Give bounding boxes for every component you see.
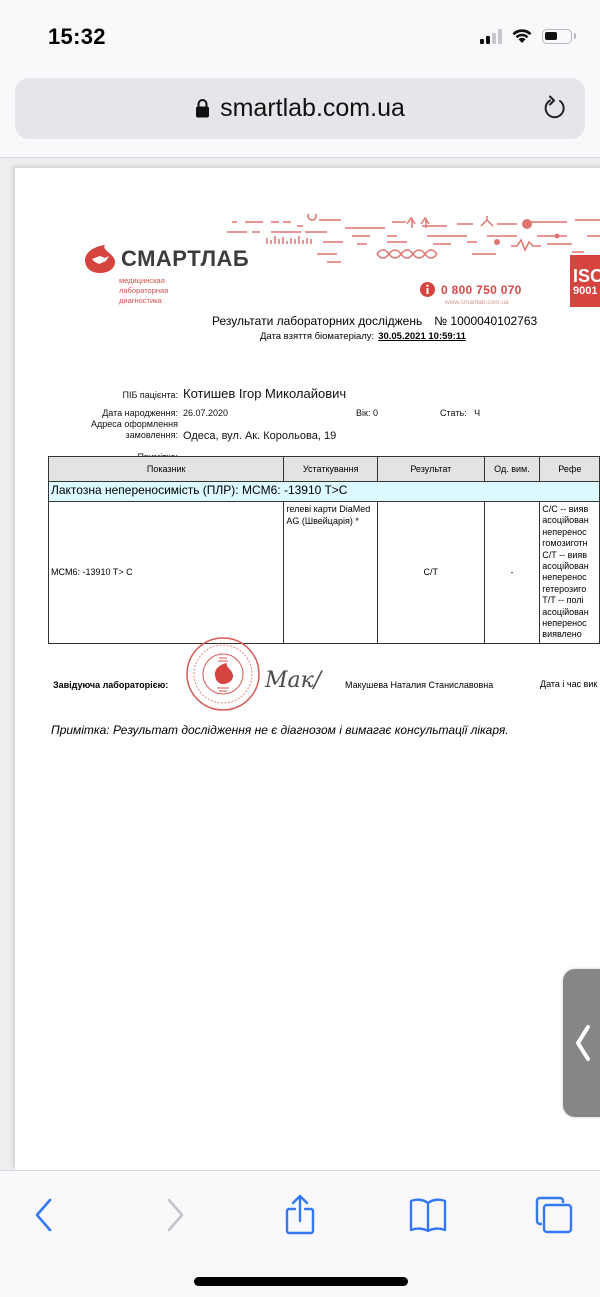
result-cell: C/T (378, 502, 485, 644)
blood-drop-logo-icon (83, 244, 117, 274)
table-header-row: Показник Устаткування Результат Од. вим.… (49, 457, 600, 482)
share-icon (284, 1194, 316, 1236)
sample-date-value: 30.05.2021 10:59:11 (378, 331, 466, 342)
document-viewer[interactable]: СМАРТЛАБ медицинская лабораторная диагно… (0, 158, 600, 1170)
home-indicator (194, 1277, 408, 1286)
chevron-left-icon (573, 1024, 593, 1062)
battery-icon (542, 29, 572, 44)
reference-line: асоційован (542, 607, 597, 618)
signature: Мак/ (265, 668, 321, 693)
reference-line: C/T -- вияв (542, 550, 597, 561)
patient-name: Котишев Ігор Миколайович (183, 386, 346, 401)
col-result: Результат (378, 457, 485, 482)
reference-cell: C/C -- виявасоційованнепереносгомозиготн… (540, 502, 600, 644)
chevron-left-icon (34, 1198, 54, 1232)
status-time: 15:32 (48, 24, 106, 50)
brand-subtitle: медицинская лабораторная диагностика (119, 276, 168, 306)
wifi-icon (511, 28, 533, 44)
reference-line: виявлено (542, 629, 597, 640)
tabs-icon (535, 1196, 573, 1234)
iso-badge: ISO 9001 (570, 255, 600, 307)
lock-icon (195, 98, 210, 118)
address-value: Одеса, вул. Ак. Корольова, 19 (183, 430, 336, 442)
issued-datetime-label: Дата і час вик (540, 679, 597, 689)
col-reference: Рефе (540, 457, 600, 482)
head-of-lab-label: Завідуюча лабораторією: (53, 680, 168, 690)
reference-line: неперенос (542, 527, 597, 538)
age-value: 0 (373, 408, 378, 418)
dob-value: 26.07.2020 (183, 408, 228, 418)
reference-line: гомозиготн (542, 538, 597, 549)
brand-logo: СМАРТЛАБ (83, 244, 249, 274)
back-button[interactable] (22, 1193, 66, 1237)
cellular-signal-icon (480, 29, 502, 44)
sex-label: Стать: Ч (440, 408, 480, 418)
phone-contact: 0 800 750 070 (420, 282, 522, 297)
report-number: № 1000040102763 (434, 314, 537, 328)
side-panel-handle[interactable] (563, 969, 600, 1117)
info-icon (420, 282, 435, 297)
report-title: Результати лабораторних досліджень№ 1000… (212, 314, 537, 328)
chevron-right-icon (165, 1198, 185, 1232)
address-bar[interactable]: smartlab.com.ua (15, 78, 585, 139)
reference-line: асоційован (542, 515, 597, 526)
indicator-cell: MCM6: -13910 T> C (49, 502, 284, 644)
reference-line: гетерозиго (542, 584, 597, 595)
sex-value: Ч (474, 408, 480, 418)
col-unit: Од. вим. (484, 457, 540, 482)
sample-date: Дата взяття біоматеріалу:30.05.2021 10:5… (260, 331, 466, 342)
reference-line: асоційован (542, 561, 597, 572)
decorative-lab-icons-banner (227, 214, 600, 274)
reference-line: T/T -- полі (542, 595, 597, 606)
patient-name-label: ПІБ пацієнта: (123, 390, 179, 400)
results-table: Показник Устаткування Результат Од. вим.… (48, 456, 600, 644)
group-row: Лактозна непереносимість (ПЛР): MCM6: -1… (49, 482, 600, 502)
disclaimer-note: Примітка: Результат дослідження не є діа… (51, 723, 509, 737)
book-icon (408, 1197, 448, 1233)
bookmarks-button[interactable] (406, 1193, 450, 1237)
equipment-cell: гелеві карти DiaMed AG (Швейцарія) * (284, 502, 378, 644)
reload-icon[interactable] (541, 94, 569, 122)
head-of-lab-name: Макушева Наталия Станиславовна (345, 680, 493, 690)
status-bar: 15:32 (0, 0, 600, 70)
url-text: smartlab.com.ua (220, 94, 405, 122)
group-title: Лактозна непереносимість (ПЛР): MCM6: -1… (49, 482, 600, 502)
col-equipment: Устаткування (284, 457, 378, 482)
unit-cell: - (484, 502, 540, 644)
share-button[interactable] (278, 1193, 322, 1237)
status-icons (480, 28, 572, 44)
reference-line: C/C -- вияв (542, 504, 597, 515)
table-row: MCM6: -13910 T> C гелеві карти DiaMed AG… (49, 502, 600, 644)
col-indicator: Показник (49, 457, 284, 482)
lab-stamp (185, 636, 261, 712)
address-label: Адреса оформлення замовлення: (91, 419, 178, 441)
dob-label: Дата народження: (102, 408, 178, 418)
reference-line: неперенос (542, 572, 597, 583)
phone-number: 0 800 750 070 (441, 283, 522, 297)
website-text: www.smartlab.com.ua (445, 299, 509, 306)
age-label: Вік: 0 (356, 408, 378, 418)
forward-button[interactable] (153, 1193, 197, 1237)
reference-line: неперенос (542, 618, 597, 629)
tabs-button[interactable] (532, 1193, 576, 1237)
